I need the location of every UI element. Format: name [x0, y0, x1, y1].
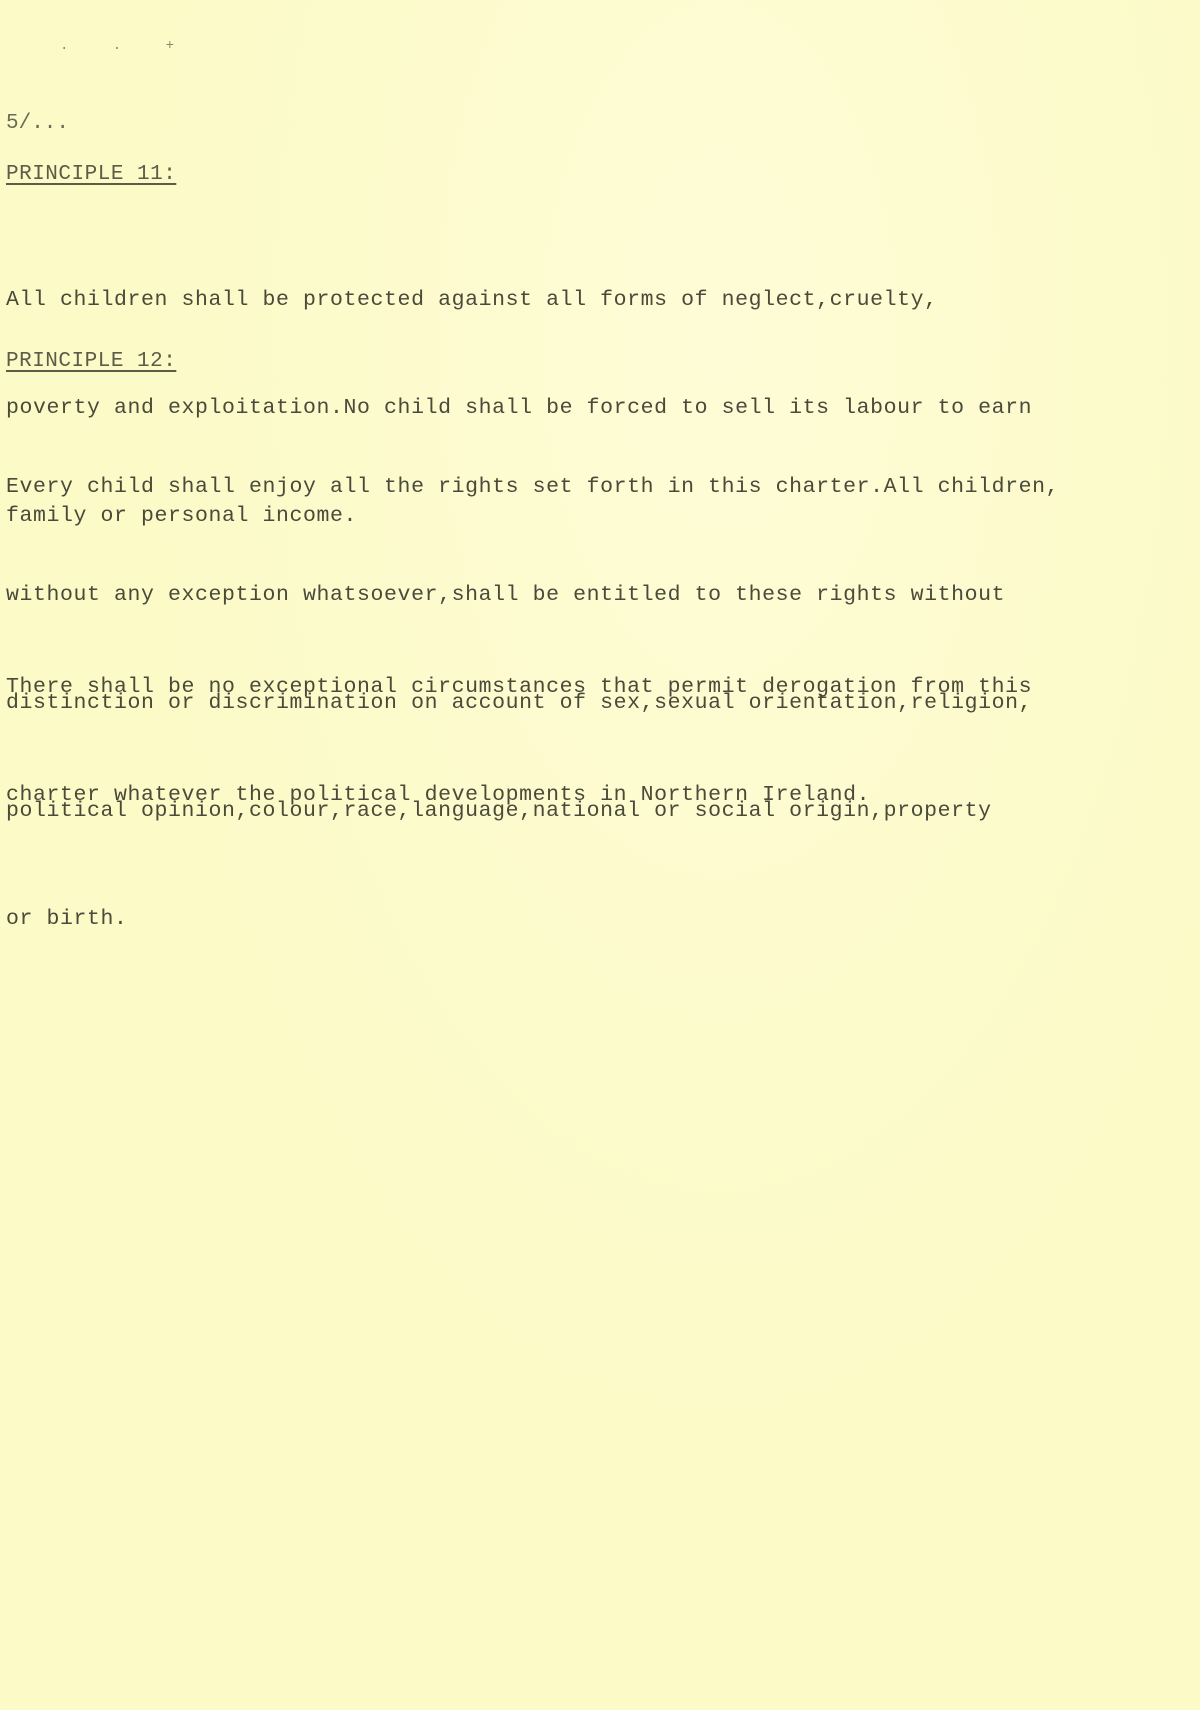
paragraph-line: charter whatever the political developme…: [6, 777, 1186, 813]
paragraph-line: Every child shall enjoy all the rights s…: [6, 469, 1186, 505]
paragraph-line: All children shall be protected against …: [6, 282, 1186, 318]
principle-12-heading: PRINCIPLE 12:: [6, 350, 176, 373]
paragraph-line: or birth.: [6, 901, 1186, 937]
principle-11-heading: PRINCIPLE 11:: [6, 163, 176, 186]
closing-paragraph: There shall be no exceptional circumstan…: [6, 597, 1186, 885]
document-page: . . + 5/... PRINCIPLE 11: All children s…: [0, 0, 1200, 1710]
corner-marks: . . +: [60, 38, 192, 54]
page-reference: 5/...: [6, 112, 69, 135]
paragraph-line: There shall be no exceptional circumstan…: [6, 669, 1186, 705]
